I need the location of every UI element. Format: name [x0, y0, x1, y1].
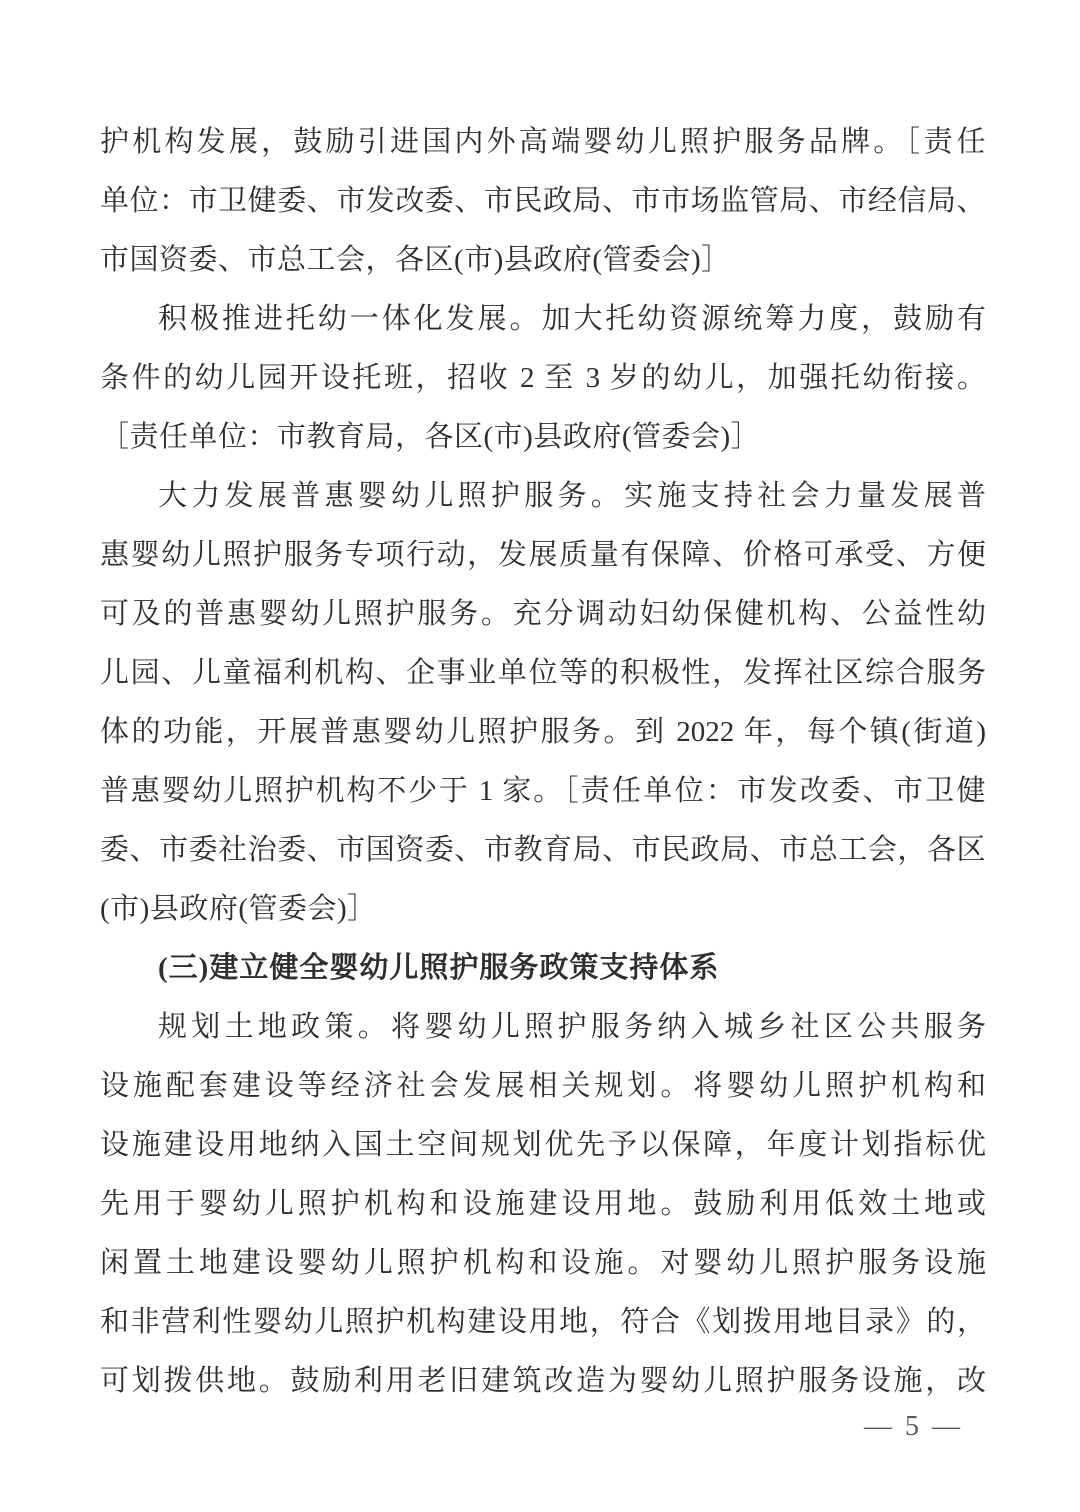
text-segment-body: 积极推进托幼一体化发展。加大托幼资源统筹力度，鼓励有	[158, 303, 986, 335]
text-line: 体的功能，开展普惠婴幼儿照护服务。到 2022 年，每个镇(街道)	[100, 703, 986, 762]
text-line: 委、市委社治委、市国资委、市教育局、市民政局、市总工会，各区	[100, 821, 986, 880]
text-segment-body: 惠婴幼儿照护服务专项行动，发展质量有保障、价格可承受、方便	[100, 539, 986, 571]
text-segment-body: 可及的普惠婴幼儿照护服务。充分调动妇幼保健机构、公益性幼	[100, 598, 986, 630]
text-line: 设施配套建设等经济社会发展相关规划。将婴幼儿照护机构和	[100, 1057, 986, 1116]
text-segment-body: 和非营利性婴幼儿照护机构建设用地，符合《划拨用地目录》的，	[100, 1306, 986, 1338]
text-segment-body: 设施配套建设等经济社会发展相关规划。将婴幼儿照护机构和	[100, 1070, 986, 1102]
text-segment-body: 大力发展普惠婴幼儿照护服务。实施支持社会力量发展普	[158, 480, 986, 512]
page-number: — 5 —	[864, 1410, 963, 1444]
text-segment-body: 规划土地政策。将婴幼儿照护服务纳入城乡社区公共服务	[158, 1011, 986, 1043]
text-line: 先用于婴幼儿照护机构和设施建设用地。鼓励利用低效土地或	[100, 1175, 986, 1234]
text-segment-body: 体的功能，开展普惠婴幼儿照护服务。到 2022 年，每个镇(街道)	[100, 716, 986, 748]
text-segment-heading: (三)建立健全婴幼儿照护服务政策支持体系	[158, 952, 719, 984]
text-segment-kai: 单位：市卫健委、市发改委、市民政局、市市场监管局、市经信局、	[100, 185, 986, 217]
text-line: 规划土地政策。将婴幼儿照护服务纳入城乡社区公共服务	[100, 998, 986, 1057]
text-line: 可划拨供地。鼓励利用老旧建筑改造为婴幼儿照护服务设施，改	[100, 1352, 986, 1411]
text-line: 普惠婴幼儿照护机构不少于 1 家。［责任单位：市发改委、市卫健	[100, 762, 986, 821]
text-line: 设施建设用地纳入国土空间规划优先予以保障，年度计划指标优	[100, 1116, 986, 1175]
text-segment-body: 条件的幼儿园开设托班，招收 2 至 3 岁的幼儿，加强托幼衔接。	[100, 362, 986, 394]
text-line: 可及的普惠婴幼儿照护服务。充分调动妇幼保健机构、公益性幼	[100, 585, 986, 644]
text-line: ［责任单位：市教育局，各区(市)县政府(管委会)］	[100, 408, 986, 467]
text-line: 条件的幼儿园开设托班，招收 2 至 3 岁的幼儿，加强托幼衔接。	[100, 349, 986, 408]
text-segment-kai: ［责任单位：市教育局，各区(市)县政府(管委会)］	[100, 421, 760, 453]
text-segment-body: 闲置土地建设婴幼儿照护机构和设施。对婴幼儿照护服务设施	[100, 1247, 986, 1279]
text-line: 单位：市卫健委、市发改委、市民政局、市市场监管局、市经信局、	[100, 172, 986, 231]
text-segment-body: 普惠婴幼儿照护机构不少于 1 家。	[100, 775, 564, 807]
text-segment-kai: 委、市委社治委、市国资委、市教育局、市民政局、市总工会，各区	[100, 834, 986, 866]
text-segment-body: 儿园、儿童福利机构、企事业单位等的积极性，发挥社区综合服务	[100, 657, 986, 689]
text-segment-kai: 市国资委、市总工会，各区(市)县政府(管委会)］	[100, 244, 731, 276]
text-line: 积极推进托幼一体化发展。加大托幼资源统筹力度，鼓励有	[100, 290, 986, 349]
text-segment-kai: (市)县政府(管委会)］	[100, 893, 377, 925]
text-line: (三)建立健全婴幼儿照护服务政策支持体系	[100, 939, 986, 998]
text-line: 儿园、儿童福利机构、企事业单位等的积极性，发挥社区综合服务	[100, 644, 986, 703]
text-segment-body: 护机构发展，鼓励引进国内外高端婴幼儿照护服务品牌。	[100, 126, 906, 158]
text-segment-kai: ［责任	[906, 126, 986, 158]
document-body: 护机构发展，鼓励引进国内外高端婴幼儿照护服务品牌。［责任单位：市卫健委、市发改委…	[100, 113, 986, 1411]
text-line: 惠婴幼儿照护服务专项行动，发展质量有保障、价格可承受、方便	[100, 526, 986, 585]
text-line: 大力发展普惠婴幼儿照护服务。实施支持社会力量发展普	[100, 467, 986, 526]
text-line: (市)县政府(管委会)］	[100, 880, 986, 939]
text-segment-body: 可划拨供地。鼓励利用老旧建筑改造为婴幼儿照护服务设施，改	[100, 1365, 986, 1397]
text-segment-body: 先用于婴幼儿照护机构和设施建设用地。鼓励利用低效土地或	[100, 1188, 986, 1220]
text-line: 闲置土地建设婴幼儿照护机构和设施。对婴幼儿照护服务设施	[100, 1234, 986, 1293]
text-line: 和非营利性婴幼儿照护机构建设用地，符合《划拨用地目录》的，	[100, 1293, 986, 1352]
text-segment-kai: ［责任单位：市发改委、市卫健	[564, 775, 986, 807]
document-page: 护机构发展，鼓励引进国内外高端婴幼儿照护服务品牌。［责任单位：市卫健委、市发改委…	[0, 0, 1080, 1512]
text-line: 护机构发展，鼓励引进国内外高端婴幼儿照护服务品牌。［责任	[100, 113, 986, 172]
text-segment-body: 设施建设用地纳入国土空间规划优先予以保障，年度计划指标优	[100, 1129, 986, 1161]
text-line: 市国资委、市总工会，各区(市)县政府(管委会)］	[100, 231, 986, 290]
